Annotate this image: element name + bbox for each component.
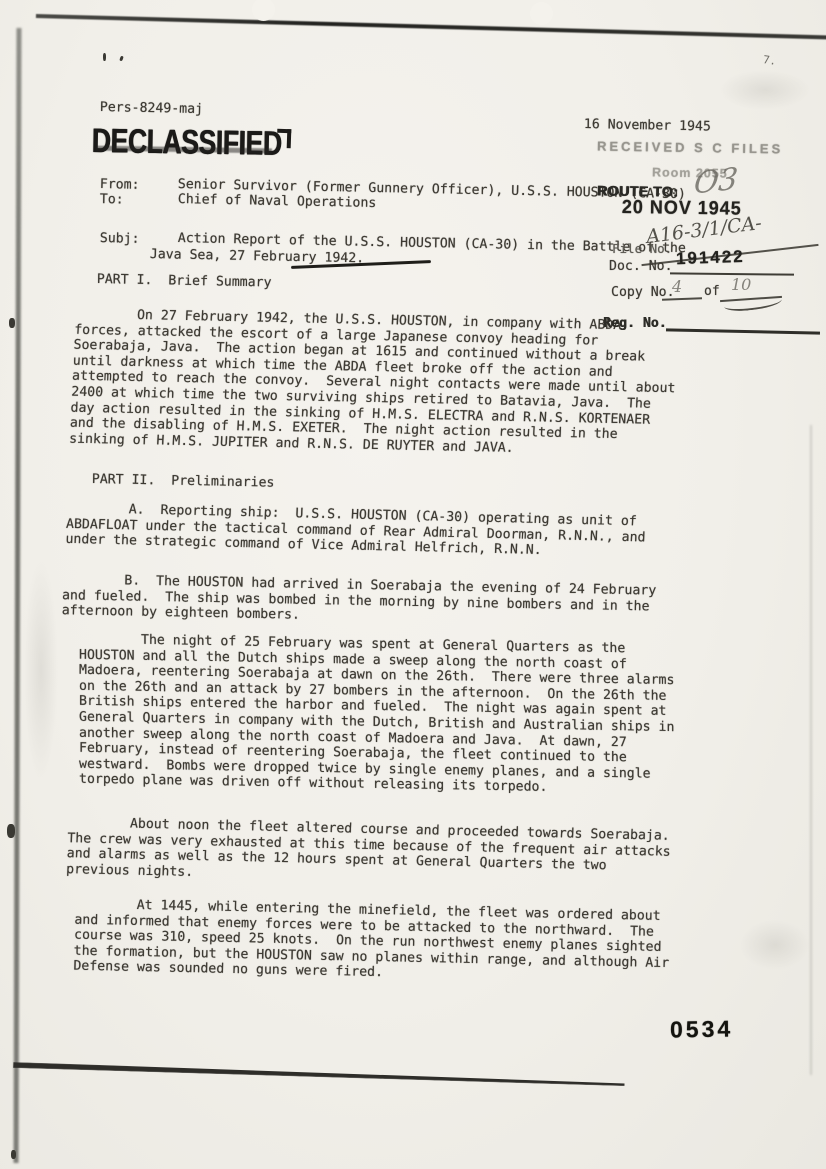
punch-hole — [530, 2, 553, 25]
paper-smudge — [24, 560, 58, 780]
copy-no-handwritten-value: 4 — [672, 277, 682, 296]
paper-smudge — [720, 70, 810, 110]
to-label: To: — [100, 192, 124, 208]
subject-label: Subj: — [100, 231, 140, 247]
page-number-stamp: 0534 — [670, 1016, 734, 1044]
to-value: Chief of Naval Operations — [178, 192, 377, 212]
scanned-document-page: 7. Pers-8249-maj DECLASSIFIED 16 Novembe… — [0, 0, 826, 1169]
paragraph-part1-summary: On 27 February 1942, the U.S.S. HOUSTON,… — [69, 307, 683, 460]
document-date: 16 November 1945 — [584, 117, 711, 135]
copy-no-flourish — [724, 293, 783, 312]
paragraph-at-1445: At 1445, while entering the minefield, t… — [73, 897, 682, 988]
route-to-handwritten-note: O3 — [692, 161, 739, 201]
from-label: From: — [100, 177, 140, 193]
paper-smudge — [740, 920, 810, 970]
scan-top-edge — [36, 14, 826, 40]
reference-number: Pers-8249-maj — [100, 100, 204, 118]
paragraph-reporting-ship: A. Reporting ship: U.S.S. HOUSTON (CA-30… — [65, 501, 675, 562]
scan-left-edge — [14, 28, 22, 1163]
edge-mark — [9, 318, 15, 328]
declassified-stamp: DECLASSIFIED — [91, 122, 281, 164]
part1-heading: PART I. Brief Summary — [97, 272, 272, 291]
reg-no-label: Reg. No. — [603, 316, 667, 332]
paragraph-about-noon: About noon the fleet altered course and … — [66, 815, 676, 891]
copy-no-of: of — [704, 284, 720, 300]
edge-mark — [7, 824, 15, 838]
stamp-corner-bracket — [277, 129, 292, 148]
copy-no-total-handwritten: 10 — [731, 275, 751, 294]
doc-no-value: 191422 — [676, 247, 745, 269]
margin-mark: 7. — [762, 53, 777, 68]
ink-speck — [103, 53, 106, 61]
part2-heading: PART II. Preliminaries — [92, 472, 275, 491]
paragraph-night-25-february: The night of 25 February was spent at Ge… — [79, 632, 687, 799]
scan-right-crease — [810, 425, 812, 1075]
doc-no-label: Doc. No. — [609, 259, 673, 275]
punch-hole — [252, 0, 275, 21]
reg-no-underline — [666, 328, 820, 334]
paragraph-houston-arrival: B. The HOUSTON had arrived in Soerabaja … — [62, 572, 671, 630]
edge-mark — [11, 1150, 16, 1159]
copy-no-underline — [662, 297, 702, 300]
scan-bottom-edge — [13, 1062, 625, 1086]
ink-speck — [119, 56, 124, 62]
received-files-stamp: RECEIVED S C FILES — [597, 139, 783, 157]
